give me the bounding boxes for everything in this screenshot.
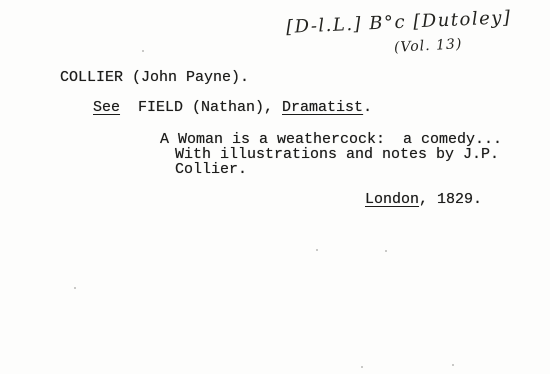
see-reference-target: Dramatist bbox=[282, 99, 363, 116]
imprint-rest: , 1829. bbox=[419, 191, 482, 208]
scan-speck bbox=[385, 250, 387, 252]
scan-speck bbox=[452, 364, 454, 366]
see-reference-middle: FIELD (Nathan), bbox=[120, 99, 282, 116]
imprint-line: London, 1829. bbox=[365, 192, 482, 207]
scan-speck bbox=[142, 50, 144, 52]
note-line-1: A Woman is a weathercock: a comedy... bbox=[160, 132, 502, 147]
catalog-card: [D-l.L.] B°c [Dutoley] (Vol. 13) COLLIER… bbox=[0, 0, 550, 374]
see-word: See bbox=[93, 99, 120, 116]
imprint-place: London bbox=[365, 191, 419, 208]
see-reference-line: See FIELD (Nathan), Dramatist. bbox=[93, 100, 372, 115]
note-line-2: With illustrations and notes by J.P. bbox=[175, 147, 499, 162]
scan-speck bbox=[74, 287, 76, 289]
scan-speck bbox=[361, 366, 363, 368]
scan-speck bbox=[316, 249, 318, 251]
handwritten-shelfmark: [D-l.L.] B°c [Dutoley] bbox=[286, 7, 512, 38]
note-line-3: Collier. bbox=[175, 162, 247, 177]
see-reference-terminal: . bbox=[363, 99, 372, 116]
card-heading: COLLIER (John Payne). bbox=[60, 70, 249, 85]
handwritten-volume-note: (Vol. 13) bbox=[394, 36, 463, 56]
